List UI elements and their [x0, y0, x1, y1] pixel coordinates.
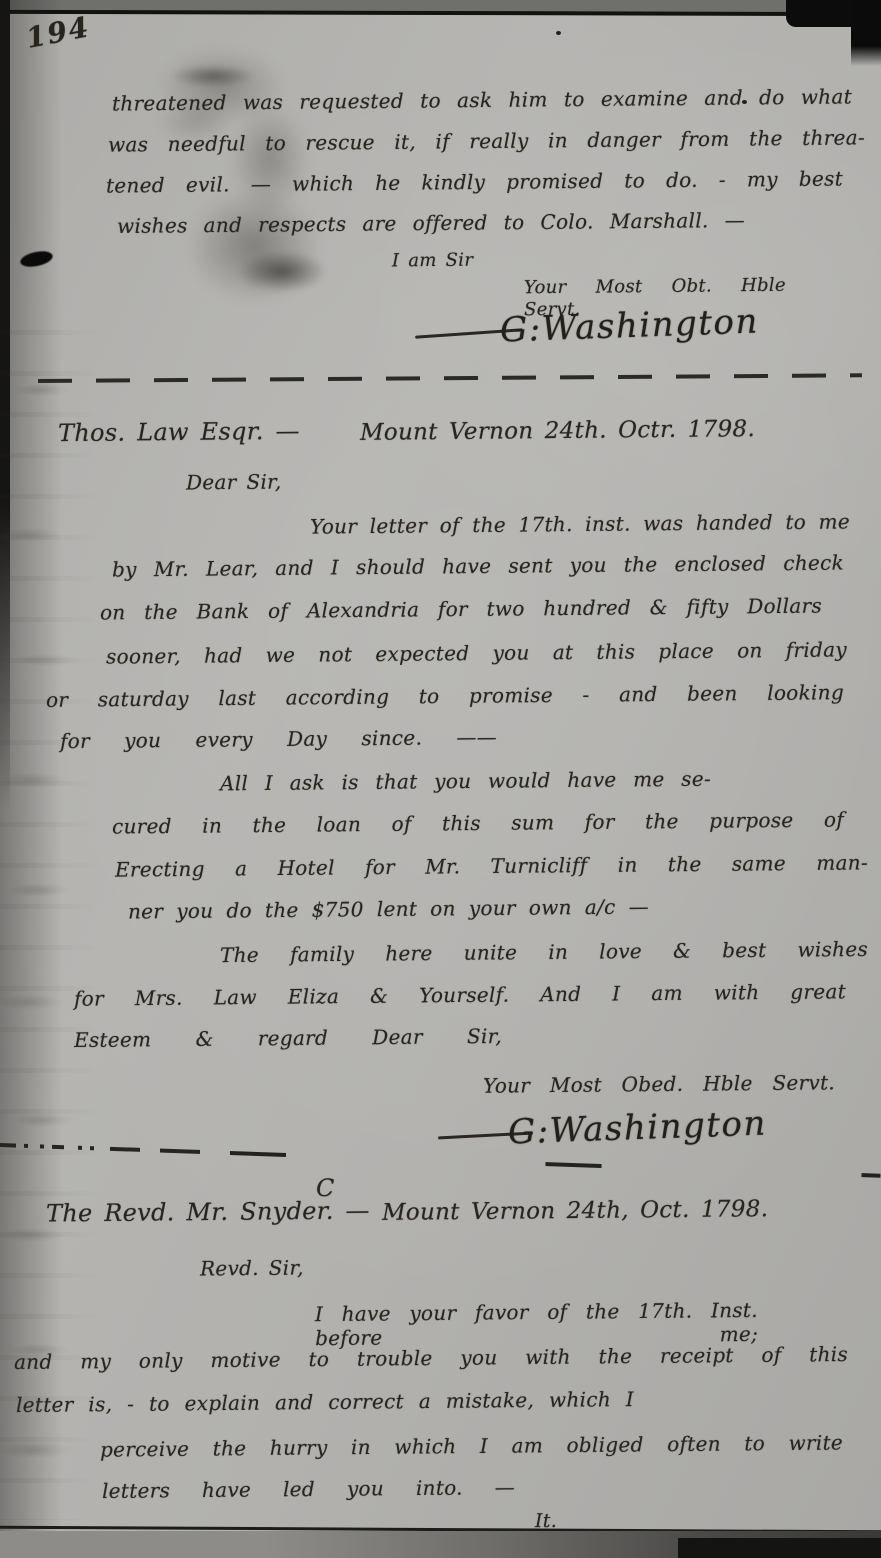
signature-g-washington: G:Washington [507, 1103, 767, 1153]
addressee-thos-law: Thos. Law Esqr. — [58, 417, 300, 448]
handwritten-line: letters have led you into. — [102, 1475, 515, 1503]
handwritten-line: by Mr. Lear, and I should have sent you … [112, 550, 844, 581]
handwritten-line: Your letter of the 17th. inst. was hande… [310, 509, 850, 538]
ink-stain-dark-rim [212, 240, 352, 310]
handwritten-line: on the Bank of Alexandria for two hundre… [100, 594, 822, 625]
closing-i-am-sir: I am Sir [392, 250, 473, 272]
handwritten-line: Erecting a Hotel for Mr. Turnicliff in t… [115, 850, 868, 881]
handwritten-line: perceive the hurry in which I am obliged… [100, 1430, 843, 1461]
correction-mark: C [316, 1174, 335, 1203]
bottom-right-dark-block [678, 1538, 881, 1558]
place-date: Mount Vernon 24th, Oct. 1798. [382, 1196, 769, 1227]
handwritten-line: ner you do the $750 lent on your own a/c… [128, 895, 649, 924]
handwritten-line: wishes and respects are offered to Colo.… [117, 208, 745, 238]
handwritten-line: or saturday last according to promise - … [46, 680, 844, 712]
ink-speck [556, 31, 561, 35]
signature-g-washington: G:Washington [499, 301, 759, 351]
handwritten-line: cured in the loan of this sum for the pu… [112, 807, 844, 838]
salutation: Revd. Sir, [200, 1256, 304, 1281]
top-right-corner-shadow [851, 0, 881, 66]
handwritten-line: sooner, had we not expected you at this … [106, 637, 847, 668]
section-divider [0, 1143, 881, 1177]
handwritten-line: for Mrs. Law Eliza & Yourself. And I am … [74, 979, 846, 1010]
closing-your-most-obed: Your Most Obed. Hble Servt. [483, 1070, 835, 1097]
handwritten-line: Esteem & regard Dear Sir, [74, 1024, 502, 1052]
handwritten-line: I have your favor of the 17th. Inst. bef… [315, 1298, 758, 1350]
handwritten-line: The family here unite in love & best wis… [220, 937, 868, 967]
handwritten-line: letter is, - to explain and correct a mi… [16, 1387, 634, 1417]
handwritten-line: All I ask is that you would have me se- [220, 767, 711, 796]
left-margin-bleedthrough [0, 330, 100, 1520]
place-date: Mount Vernon 24th. Octr. 1798. [360, 416, 755, 447]
handwritten-line: and my only motive to trouble you with t… [14, 1342, 848, 1374]
section-divider [38, 373, 862, 382]
handwritten-line: for you every Day since. —— [60, 725, 497, 753]
manuscript-page-scan: 194 threatened was requested to ask him … [0, 0, 881, 1558]
salutation: Dear Sir, [186, 470, 282, 495]
